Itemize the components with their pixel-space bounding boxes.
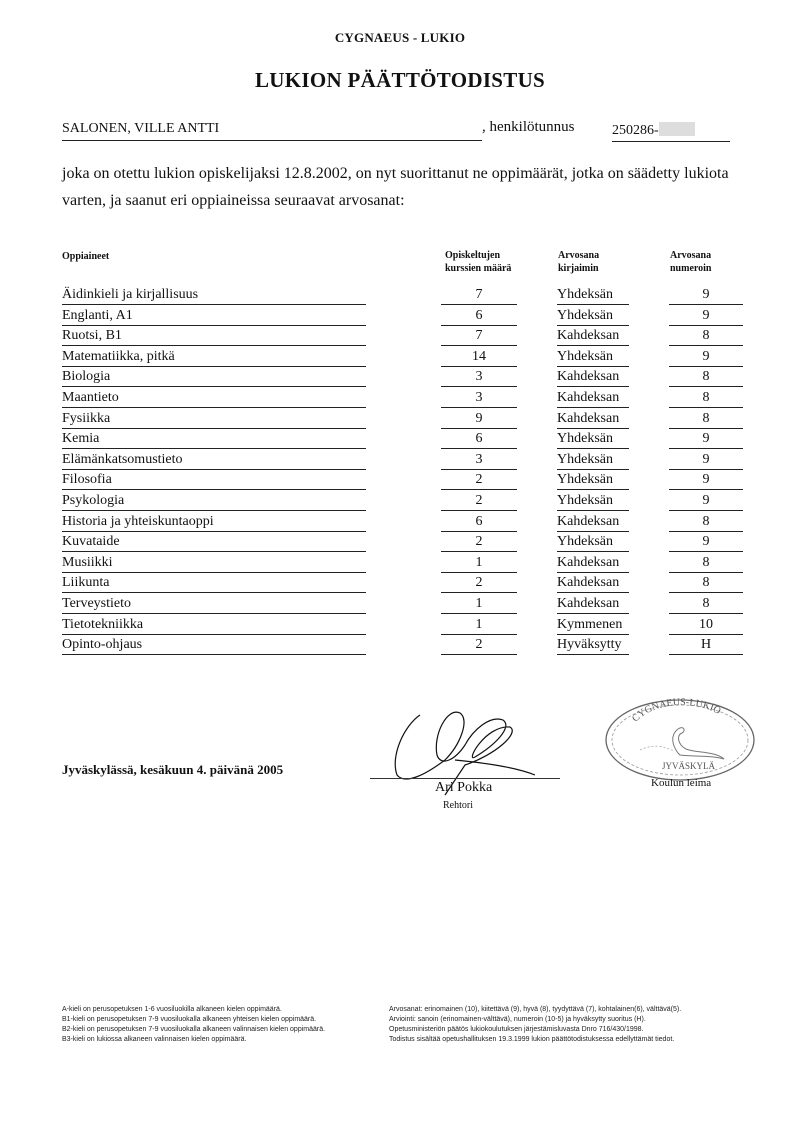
grade-word-cell: Yhdeksän	[557, 286, 629, 305]
intro-paragraph: joka on otettu lukion opiskelijaksi 12.8…	[62, 160, 752, 214]
grade-word-cell: Yhdeksän	[557, 492, 629, 511]
courses-cell: 3	[441, 368, 517, 387]
table-row: Filosofia2Yhdeksän9	[0, 471, 800, 492]
subject-cell: Terveystieto	[62, 595, 366, 614]
courses-cell: 7	[441, 327, 517, 346]
table-row: Psykologia2Yhdeksän9	[0, 492, 800, 513]
courses-cell: 3	[441, 389, 517, 408]
footnote: Todistus sisältää opetushallituksen 19.3…	[389, 1035, 769, 1045]
grade-number-cell: 9	[669, 348, 743, 367]
courses-cell: 6	[441, 430, 517, 449]
header-courses-line2: kurssien määrä	[445, 262, 511, 275]
grade-word-cell: Kahdeksan	[557, 513, 629, 532]
stamp-label: Koulun leima	[651, 777, 711, 789]
header-grade-numbers: Arvosana numeroin	[670, 249, 712, 275]
header-grade-numbers-line2: numeroin	[670, 262, 712, 275]
table-row: Äidinkieli ja kirjallisuus7Yhdeksän9	[0, 286, 800, 307]
table-row: Opinto-ohjaus2HyväksyttyH	[0, 636, 800, 657]
header-grade-numbers-line1: Arvosana	[670, 249, 712, 262]
footnote: B1-kieli on perusopetuksen 7-9 vuosiluok…	[62, 1015, 382, 1025]
courses-cell: 6	[441, 513, 517, 532]
table-row: Liikunta2Kahdeksan8	[0, 574, 800, 595]
personal-id-underline	[612, 141, 730, 142]
grade-word-cell: Yhdeksän	[557, 348, 629, 367]
subject-cell: Historia ja yhteiskuntaoppi	[62, 513, 366, 532]
courses-cell: 2	[441, 574, 517, 593]
signature-line	[370, 778, 560, 779]
courses-cell: 1	[441, 616, 517, 635]
signer-title: Rehtori	[443, 800, 473, 811]
footnote: Arvosanat: erinomainen (10), kiitettävä …	[389, 1005, 769, 1015]
courses-cell: 2	[441, 471, 517, 490]
svg-text:JYVÄSKYLÄ: JYVÄSKYLÄ	[662, 761, 716, 771]
grade-word-cell: Kahdeksan	[557, 595, 629, 614]
footnotes-right: Arvosanat: erinomainen (10), kiitettävä …	[389, 1005, 769, 1045]
grade-word-cell: Hyväksytty	[557, 636, 629, 655]
personal-id-visible: 250286-	[612, 123, 659, 138]
subject-cell: Tietotekniikka	[62, 616, 366, 635]
grade-number-cell: 8	[669, 595, 743, 614]
footnote: B2-kieli on perusopetuksen 7-9 vuosiluok…	[62, 1025, 382, 1035]
name-underline	[62, 140, 482, 141]
subject-cell: Äidinkieli ja kirjallisuus	[62, 286, 366, 305]
subject-cell: Kuvataide	[62, 533, 366, 552]
courses-cell: 3	[441, 451, 517, 470]
grade-word-cell: Kahdeksan	[557, 389, 629, 408]
header-courses-line1: Opiskeltujen	[445, 249, 511, 262]
grade-number-cell: 9	[669, 430, 743, 449]
header-grade-words: Arvosana kirjaimin	[558, 249, 599, 275]
personal-id: 250286-	[612, 122, 695, 139]
courses-cell: 1	[441, 595, 517, 614]
header-subjects: Oppiaineet	[62, 250, 109, 263]
grade-number-cell: 8	[669, 574, 743, 593]
footnote: A-kieli on perusopetuksen 1-6 vuosiluoki…	[62, 1005, 382, 1015]
table-row: Historia ja yhteiskuntaoppi6Kahdeksan8	[0, 513, 800, 534]
grade-number-cell: 9	[669, 286, 743, 305]
courses-cell: 1	[441, 554, 517, 573]
header-grade-words-line2: kirjaimin	[558, 262, 599, 275]
courses-cell: 9	[441, 410, 517, 429]
table-row: Tietotekniikka1Kymmenen10	[0, 616, 800, 637]
school-name: CYGNAEUS - LUKIO	[0, 30, 800, 46]
grade-word-cell: Yhdeksän	[557, 307, 629, 326]
table-row: Elämänkatsomustieto3Yhdeksän9	[0, 451, 800, 472]
grade-number-cell: 9	[669, 471, 743, 490]
grade-word-cell: Yhdeksän	[557, 533, 629, 552]
footnotes-left: A-kieli on perusopetuksen 1-6 vuosiluoki…	[62, 1005, 382, 1045]
subject-cell: Ruotsi, B1	[62, 327, 366, 346]
grade-word-cell: Yhdeksän	[557, 430, 629, 449]
grade-number-cell: 9	[669, 451, 743, 470]
grade-number-cell: 10	[669, 616, 743, 635]
student-name: SALONEN, VILLE ANTTI	[62, 121, 219, 137]
grade-number-cell: 8	[669, 554, 743, 573]
table-row: Ruotsi, B17Kahdeksan8	[0, 327, 800, 348]
grade-word-cell: Kahdeksan	[557, 327, 629, 346]
table-row: Kemia6Yhdeksän9	[0, 430, 800, 451]
subject-cell: Psykologia	[62, 492, 366, 511]
signer-name: Ari Pokka	[435, 780, 492, 796]
grade-word-cell: Kahdeksan	[557, 554, 629, 573]
header-courses: Opiskeltujen kurssien määrä	[445, 249, 511, 275]
grade-number-cell: H	[669, 636, 743, 655]
grade-number-cell: 9	[669, 533, 743, 552]
courses-cell: 2	[441, 533, 517, 552]
subject-cell: Maantieto	[62, 389, 366, 408]
courses-cell: 2	[441, 636, 517, 655]
footnote: Opetusministeriön päätös lukiokoulutukse…	[389, 1025, 769, 1035]
grade-word-cell: Kahdeksan	[557, 368, 629, 387]
place-and-date: Jyväskylässä, kesäkuun 4. päivänä 2005	[62, 762, 283, 778]
subject-cell: Biologia	[62, 368, 366, 387]
table-row: Fysiikka9Kahdeksan8	[0, 410, 800, 431]
grade-number-cell: 9	[669, 307, 743, 326]
grade-number-cell: 8	[669, 368, 743, 387]
document-title: LUKION PÄÄTTÖTODISTUS	[0, 68, 800, 93]
subject-cell: Kemia	[62, 430, 366, 449]
courses-cell: 6	[441, 307, 517, 326]
subject-cell: Elämänkatsomustieto	[62, 451, 366, 470]
grade-word-cell: Kahdeksan	[557, 574, 629, 593]
subject-cell: Fysiikka	[62, 410, 366, 429]
grade-number-cell: 8	[669, 327, 743, 346]
subject-cell: Matematiikka, pitkä	[62, 348, 366, 367]
grade-number-cell: 8	[669, 389, 743, 408]
table-row: Kuvataide2Yhdeksän9	[0, 533, 800, 554]
subject-cell: Englanti, A1	[62, 307, 366, 326]
grade-word-cell: Yhdeksän	[557, 471, 629, 490]
subject-cell: Liikunta	[62, 574, 366, 593]
courses-cell: 7	[441, 286, 517, 305]
table-row: Musiikki1Kahdeksan8	[0, 554, 800, 575]
grade-word-cell: Yhdeksän	[557, 451, 629, 470]
header-grade-words-line1: Arvosana	[558, 249, 599, 262]
subject-cell: Musiikki	[62, 554, 366, 573]
personal-id-label: , henkilötunnus	[482, 119, 575, 136]
subject-cell: Opinto-ohjaus	[62, 636, 366, 655]
grade-number-cell: 8	[669, 513, 743, 532]
svg-text:CYGNAEUS-LUKIO: CYGNAEUS-LUKIO	[630, 697, 722, 724]
subject-cell: Filosofia	[62, 471, 366, 490]
grade-number-cell: 8	[669, 410, 743, 429]
table-row: Biologia3Kahdeksan8	[0, 368, 800, 389]
courses-cell: 2	[441, 492, 517, 511]
table-row: Maantieto3Kahdeksan8	[0, 389, 800, 410]
school-stamp-icon: CYGNAEUS-LUKIO JYVÄSKYLÄ	[600, 695, 760, 785]
grade-word-cell: Kymmenen	[557, 616, 629, 635]
table-row: Englanti, A16Yhdeksän9	[0, 307, 800, 328]
table-row: Matematiikka, pitkä14Yhdeksän9	[0, 348, 800, 369]
grade-number-cell: 9	[669, 492, 743, 511]
redacted-block	[659, 122, 695, 136]
grade-word-cell: Kahdeksan	[557, 410, 629, 429]
footnote: B3-kieli on lukiossa alkaneen valinnaise…	[62, 1035, 382, 1045]
footnote: Arviointi: sanoin (erinomainen-välttävä)…	[389, 1015, 769, 1025]
table-row: Terveystieto1Kahdeksan8	[0, 595, 800, 616]
courses-cell: 14	[441, 348, 517, 367]
